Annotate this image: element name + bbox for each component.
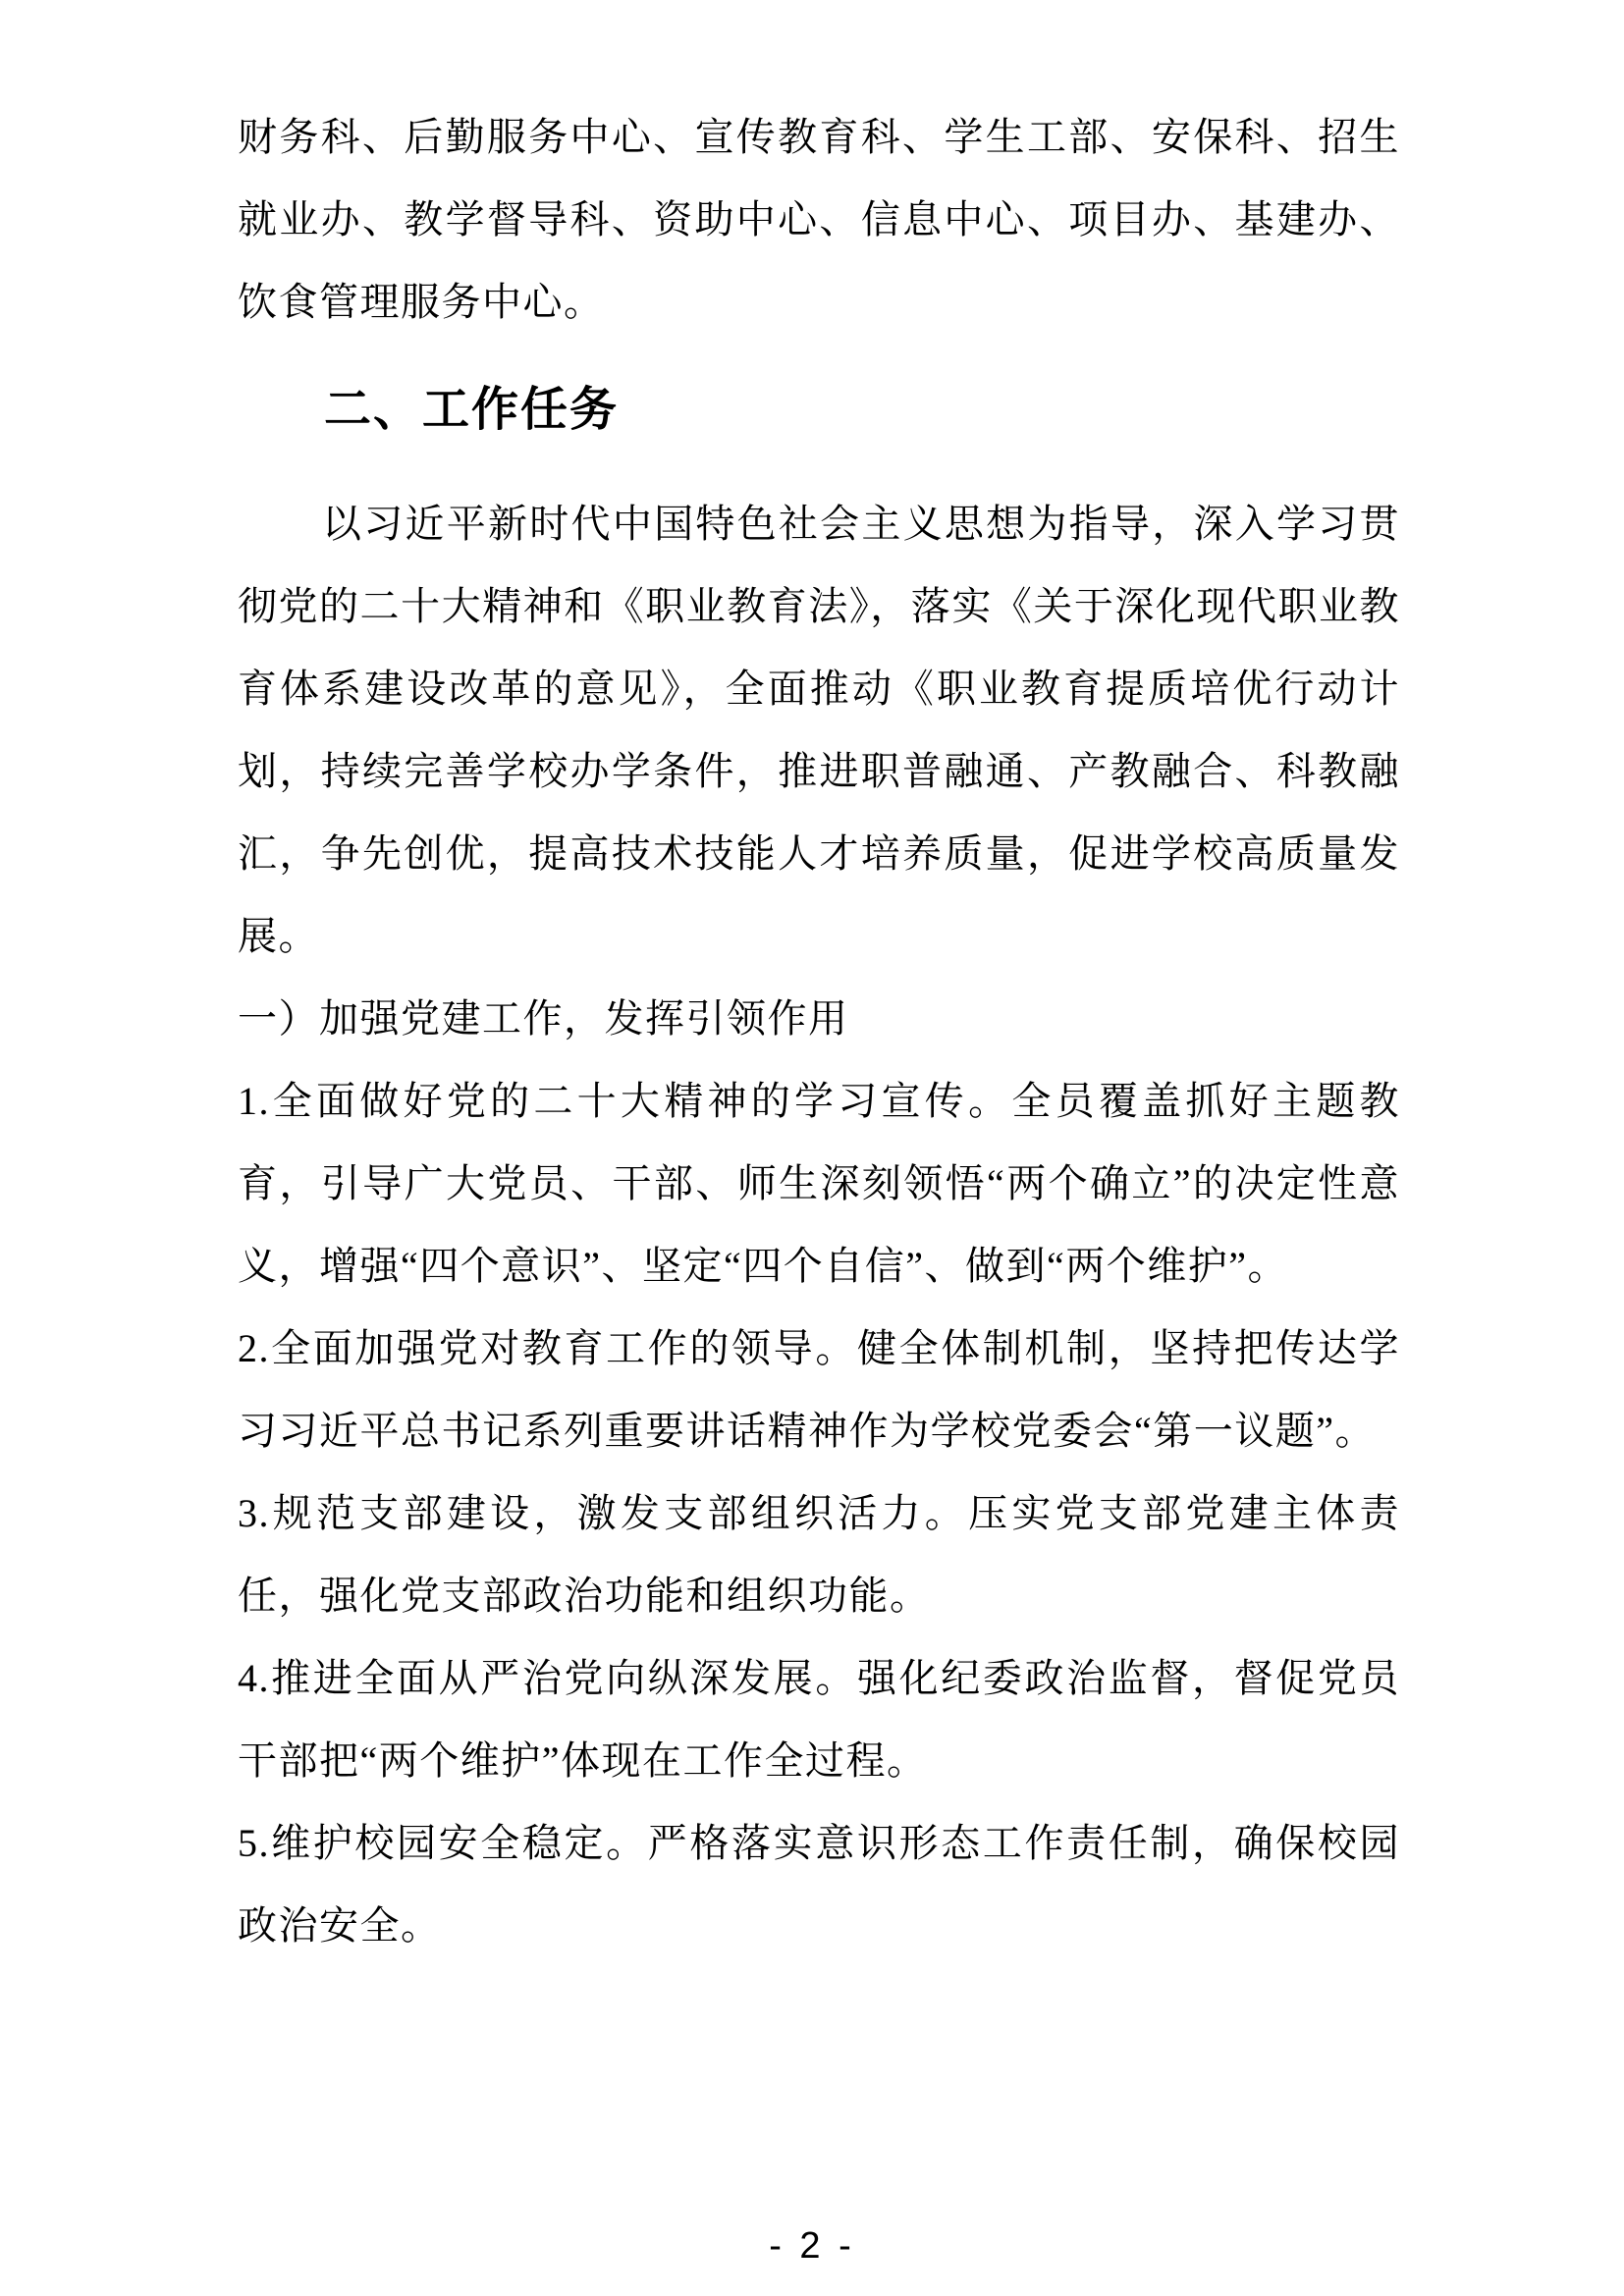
- paragraph-departments: 财务科、后勤服务中心、宣传教育科、学生工部、安保科、招生就业办、教学督导科、资助…: [238, 96, 1400, 344]
- task-item-5: 5.维护校园安全稳定。严格落实意识形态工作责任制，确保校园政治安全。: [238, 1802, 1400, 1967]
- document-page: 财务科、后勤服务中心、宣传教育科、学生工部、安保科、招生就业办、教学督导科、资助…: [0, 0, 1624, 2296]
- subsection-heading-party-building: 一）加强党建工作，发挥引领作用: [238, 978, 1400, 1060]
- task-item-2: 2.全面加强党对教育工作的领导。健全体制机制，坚持把传达学习习近平总书记系列重要…: [238, 1308, 1400, 1472]
- section-heading-work-tasks: 二、工作任务: [324, 379, 1400, 442]
- paragraph-guiding-ideology: 以习近平新时代中国特色社会主义思想为指导，深入学习贯彻党的二十大精神和《职业教育…: [238, 483, 1400, 978]
- task-item-4: 4.推进全面从严治党向纵深发展。强化纪委政治监督，督促党员干部把“两个维护”体现…: [238, 1637, 1400, 1802]
- task-item-1: 1.全面做好党的二十大精神的学习宣传。全员覆盖抓好主题教育，引导广大党员、干部、…: [238, 1060, 1400, 1308]
- task-item-3: 3.规范支部建设，激发支部组织活力。压实党支部党建主体责任，强化党支部政治功能和…: [238, 1472, 1400, 1637]
- document-content: 财务科、后勤服务中心、宣传教育科、学生工部、安保科、招生就业办、教学督导科、资助…: [238, 96, 1400, 1967]
- page-number: - 2 -: [0, 2224, 1624, 2268]
